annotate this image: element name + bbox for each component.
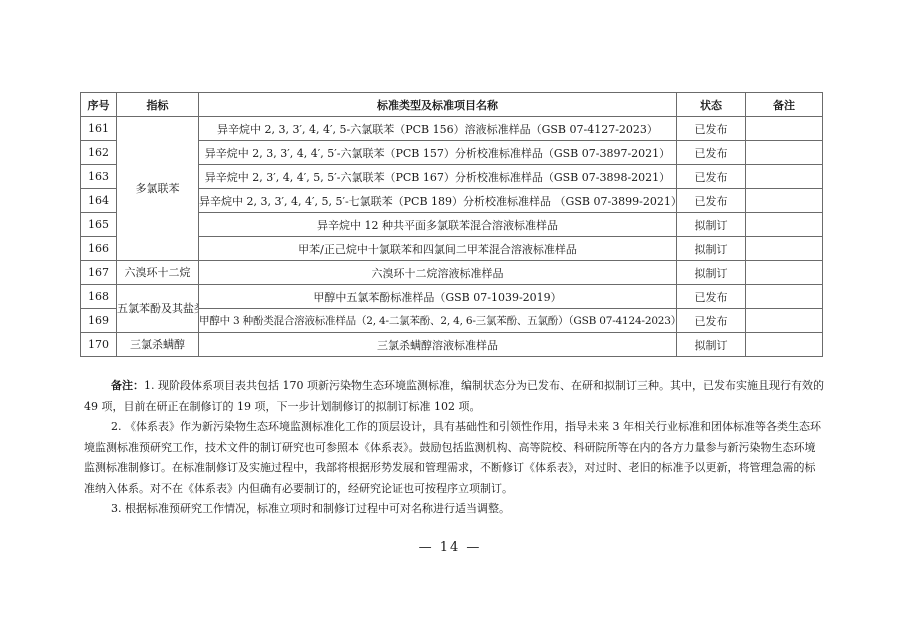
row-status: 拟制订: [677, 333, 746, 357]
row-name: 甲醇中 3 种酚类混合溶液标准样品（2, 4-二氯苯酚、2, 4, 6-三氯苯酚…: [199, 309, 677, 333]
row-status: 拟制订: [677, 261, 746, 285]
row-note: [746, 285, 823, 309]
row-status: 已发布: [677, 117, 746, 141]
row-note: [746, 141, 823, 165]
row-no: 161: [81, 117, 117, 141]
document-page: 序号 指标 标准类型及标准项目名称 状态 备注 161 多氯联苯 异辛烷中 2,…: [0, 0, 900, 636]
row-status: 已发布: [677, 309, 746, 333]
note-item-1: 备注：1. 现阶段体系项目表共包括 170 项新污染物生态环境监测标准，编制状态…: [84, 376, 824, 417]
row-name: 异辛烷中 2, 3′, 4, 4′, 5, 5′-六氯联苯（PCB 167）分析…: [199, 165, 677, 189]
row-no: 162: [81, 141, 117, 165]
row-note: [746, 333, 823, 357]
row-status: 已发布: [677, 285, 746, 309]
notes-label: 备注：: [111, 379, 144, 392]
row-no: 170: [81, 333, 117, 357]
standards-table: 序号 指标 标准类型及标准项目名称 状态 备注 161 多氯联苯 异辛烷中 2,…: [80, 92, 823, 357]
row-status: 已发布: [677, 189, 746, 213]
indicator-cell: 六溴环十二烷: [117, 261, 199, 285]
row-name: 异辛烷中 2, 3, 3′, 4, 4′, 5′-六氯联苯（PCB 157）分析…: [199, 141, 677, 165]
row-no: 166: [81, 237, 117, 261]
row-note: [746, 309, 823, 333]
row-name: 六溴环十二烷溶液标准样品: [199, 261, 677, 285]
row-note: [746, 261, 823, 285]
row-name: 异辛烷中 12 种共平面多氯联苯混合溶液标准样品: [199, 213, 677, 237]
table-row: 167 六溴环十二烷 六溴环十二烷溶液标准样品 拟制订: [81, 261, 823, 285]
header-note: 备注: [746, 93, 823, 117]
table-header-row: 序号 指标 标准类型及标准项目名称 状态 备注: [81, 93, 823, 117]
notes-section: 备注：1. 现阶段体系项目表共包括 170 项新污染物生态环境监测标准，编制状态…: [84, 376, 824, 520]
note-item-3: 3. 根据标准预研究工作情况，标准立项时和制修订过程中可对名称进行适当调整。: [84, 499, 824, 520]
row-no: 163: [81, 165, 117, 189]
table-row: 161 多氯联苯 异辛烷中 2, 3, 3′, 4, 4′, 5-六氯联苯（PC…: [81, 117, 823, 141]
row-note: [746, 213, 823, 237]
row-note: [746, 237, 823, 261]
row-name: 甲醇中五氯苯酚标准样品（GSB 07-1039-2019）: [199, 285, 677, 309]
row-status: 拟制订: [677, 237, 746, 261]
row-no: 167: [81, 261, 117, 285]
note-text-1: 1. 现阶段体系项目表共包括 170 项新污染物生态环境监测标准，编制状态分为已…: [84, 379, 824, 413]
row-no: 165: [81, 213, 117, 237]
row-no: 169: [81, 309, 117, 333]
row-no: 164: [81, 189, 117, 213]
table-row: 170 三氯杀螨醇 三氯杀螨醇溶液标准样品 拟制订: [81, 333, 823, 357]
row-note: [746, 189, 823, 213]
table-row: 168 五氯苯酚及其盐类和酯类 甲醇中五氯苯酚标准样品（GSB 07-1039-…: [81, 285, 823, 309]
header-indicator: 指标: [117, 93, 199, 117]
row-note: [746, 117, 823, 141]
note-item-2: 2. 《体系表》作为新污染物生态环境监测标准化工作的顶层设计，具有基础性和引领性…: [84, 417, 824, 499]
indicator-cell: 五氯苯酚及其盐类和酯类: [117, 285, 199, 333]
indicator-cell: 多氯联苯: [117, 117, 199, 261]
header-name: 标准类型及标准项目名称: [199, 93, 677, 117]
row-note: [746, 165, 823, 189]
row-no: 168: [81, 285, 117, 309]
header-status: 状态: [677, 93, 746, 117]
row-status: 已发布: [677, 141, 746, 165]
page-number: — 14 —: [0, 540, 900, 555]
row-name: 异辛烷中 2, 3, 3′, 4, 4′, 5-六氯联苯（PCB 156）溶液标…: [199, 117, 677, 141]
row-name: 三氯杀螨醇溶液标准样品: [199, 333, 677, 357]
row-status: 已发布: [677, 165, 746, 189]
indicator-cell: 三氯杀螨醇: [117, 333, 199, 357]
row-name: 异辛烷中 2, 3, 3′, 4, 4′, 5, 5′-七氯联苯（PCB 189…: [199, 189, 677, 213]
row-name: 甲苯/正己烷中十氯联苯和四氯间二甲苯混合溶液标准样品: [199, 237, 677, 261]
header-no: 序号: [81, 93, 117, 117]
row-status: 拟制订: [677, 213, 746, 237]
